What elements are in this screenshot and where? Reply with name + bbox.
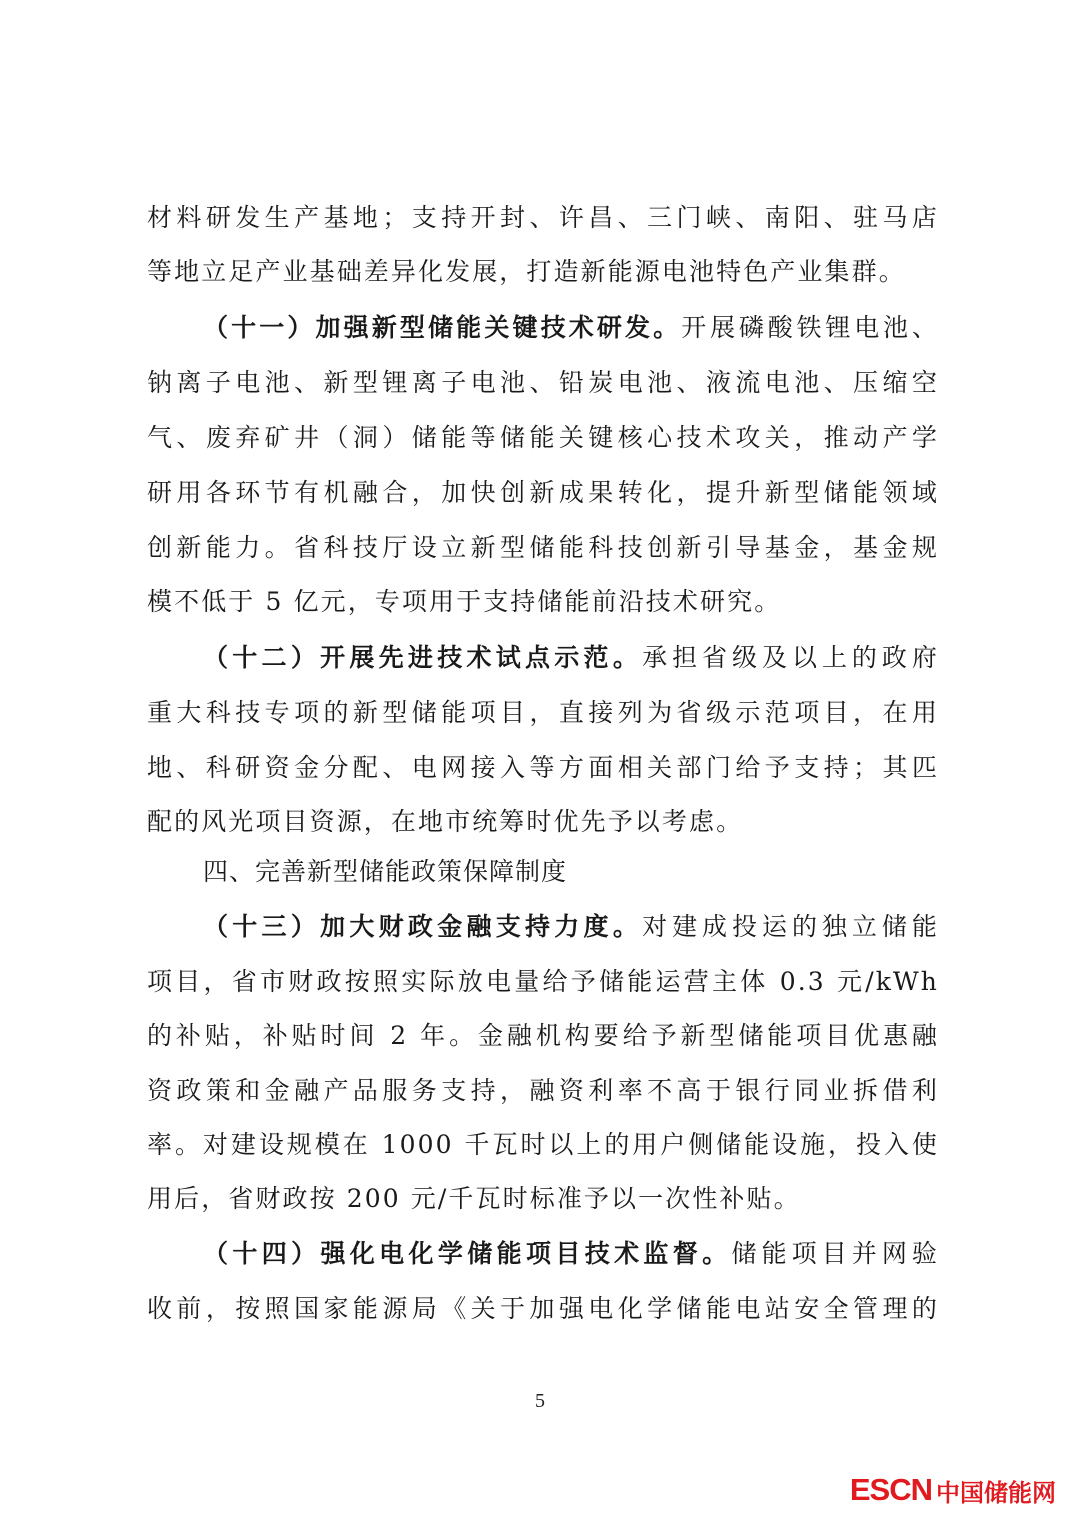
document-page: 材料研发生产基地；支持开封、许昌、三门峡、南阳、驻马店 等地立足产业基础差异化发…	[0, 0, 1080, 1528]
section-14-title: （十四）强化电化学储能项目技术监督。	[203, 1239, 732, 1268]
section-12-text: 承担省级及以上的政府	[642, 643, 939, 672]
body-line: 配的风光项目资源，在地市统筹时优先予以考虑。	[147, 795, 939, 849]
body-line: 用后，省财政按 200 元/千瓦时标准予以一次性补贴。	[147, 1172, 939, 1226]
body-line: 等地立足产业基础差异化发展，打造新能源电池特色产业集群。	[147, 245, 939, 299]
section-11-line: （十一）加强新型储能关键技术研发。开展磷酸铁锂电池、	[203, 301, 939, 355]
body-line: 的补贴，补贴时间 2 年。金融机构要给予新型储能项目优惠融	[147, 1009, 939, 1063]
section-12-line: （十二）开展先进技术试点示范。承担省级及以上的政府	[203, 631, 939, 685]
page-number: 5	[0, 1390, 1080, 1413]
body-line: 研用各环节有机融合，加快创新成果转化，提升新型储能领域	[147, 466, 939, 520]
watermark-en: ESCN	[850, 1472, 932, 1508]
escn-watermark-logo: ESCN 中国储能网	[850, 1470, 1056, 1510]
section-11-text: 开展磷酸铁锂电池、	[681, 313, 939, 342]
body-line: 气、废弃矿井（洞）储能等储能关键核心技术攻关，推动产学	[147, 411, 939, 465]
body-line: 资政策和金融产品服务支持，融资利率不高于银行同业拆借利	[147, 1064, 939, 1118]
chapter-4-heading: 四、完善新型储能政策保障制度	[203, 845, 995, 899]
body-line: 项目，省市财政按照实际放电量给予储能运营主体 0.3 元/kWh	[147, 955, 939, 1009]
section-13-line: （十三）加大财政金融支持力度。对建成投运的独立储能	[203, 900, 939, 954]
section-11-title: （十一）加强新型储能关键技术研发。	[203, 313, 681, 342]
body-line: 创新能力。省科技厅设立新型储能科技创新引导基金，基金规	[147, 521, 939, 575]
section-14-line: （十四）强化电化学储能项目技术监督。储能项目并网验	[203, 1227, 939, 1281]
body-line: 钠离子电池、新型锂离子电池、铅炭电池、液流电池、压缩空	[147, 356, 939, 410]
section-14-text: 储能项目并网验	[732, 1239, 939, 1268]
watermark-cn: 中国储能网	[936, 1473, 1056, 1508]
section-12-title: （十二）开展先进技术试点示范。	[203, 643, 642, 672]
body-line: 重大科技专项的新型储能项目，直接列为省级示范项目，在用	[147, 686, 939, 740]
body-line: 率。对建设规模在 1000 千瓦时以上的用户侧储能设施，投入使	[147, 1118, 939, 1172]
body-line: 地、科研资金分配、电网接入等方面相关部门给予支持；其匹	[147, 741, 939, 795]
body-line: 模不低于 5 亿元，专项用于支持储能前沿技术研究。	[147, 575, 939, 629]
body-line: 材料研发生产基地；支持开封、许昌、三门峡、南阳、驻马店	[147, 191, 939, 245]
section-13-text: 对建成投运的独立储能	[642, 912, 939, 941]
body-line: 收前，按照国家能源局《关于加强电化学储能电站安全管理的	[147, 1282, 939, 1336]
section-13-title: （十三）加大财政金融支持力度。	[203, 912, 642, 941]
